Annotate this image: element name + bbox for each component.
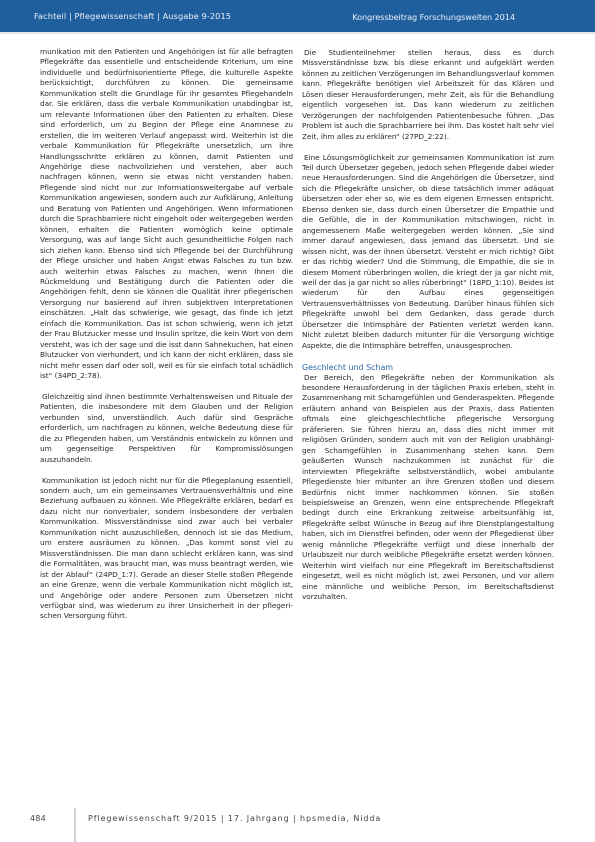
body-paragraph: Eine Lösungsmöglichkeit zur gemeinsamen … bbox=[302, 153, 554, 352]
right-column: Die Studienteilnehmer stellen heraus, da… bbox=[302, 48, 554, 613]
body-paragraph: Kommunikation ist jedoch nicht nur für d… bbox=[40, 476, 293, 622]
header-article-type: Kongressbeitrag Forschungswelten 2014 bbox=[352, 12, 515, 22]
body-paragraph: Die Studienteilnehmer stellen heraus, da… bbox=[302, 48, 554, 142]
page-number: 484 bbox=[30, 814, 46, 823]
body-paragraph: munikation mit den Patienten und Angehör… bbox=[40, 47, 293, 382]
left-column: munikation mit den Patienten und Angehör… bbox=[40, 47, 293, 632]
header-journal-section: Fachteil | Pflegewissenschaft | Ausgabe … bbox=[34, 11, 231, 21]
header-divider bbox=[0, 32, 595, 34]
running-header: Fachteil | Pflegewissenschaft | Ausgabe … bbox=[0, 0, 595, 32]
body-paragraph: Gleichzeitig sind ihnen bestimmte Verhal… bbox=[40, 392, 293, 465]
footer-divider bbox=[74, 808, 76, 842]
section-heading: Geschlecht und Scham bbox=[302, 362, 554, 373]
body-paragraph: Der Bereich, den Pflegekräfte neben der … bbox=[302, 373, 554, 603]
footer-citation: Pflegewissenschaft 9/2015 | 17. Jahrgang… bbox=[88, 814, 381, 823]
